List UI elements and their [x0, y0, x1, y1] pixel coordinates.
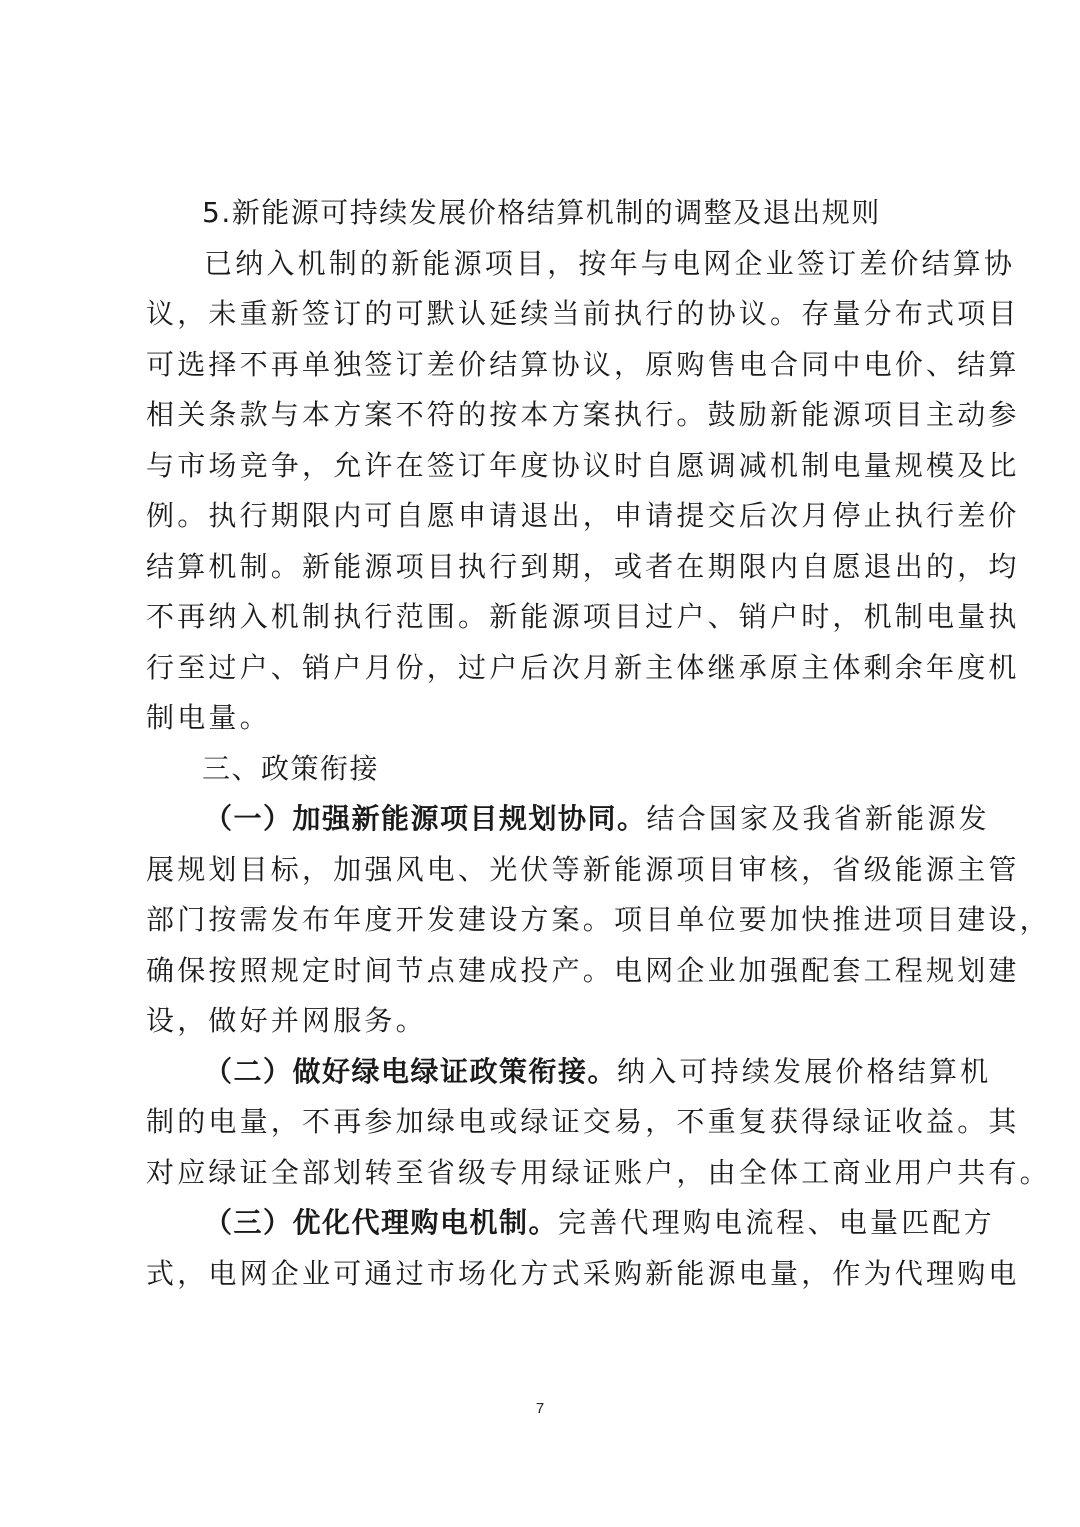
paragraph-line: 例。执行期限内可自愿申请退出，申请提交后次月停止执行差价	[146, 491, 946, 542]
paragraph-line: 可选择不再单独签订差价结算协议，原购售电合同中电价、结算	[146, 340, 946, 391]
paragraph-line: 确保按照规定时间节点建成投产。电网企业加强配套工程规划建	[146, 946, 946, 997]
paragraph-line: 不再纳入机制执行范围。新能源项目过户、销户时，机制电量执	[146, 592, 946, 643]
item-2-text: 纳入可持续发展价格结算机	[617, 1055, 991, 1088]
paragraph-line: 结算机制。新能源项目执行到期，或者在期限内自愿退出的，均	[146, 542, 946, 593]
item-1-first-line: （一）加强新能源项目规划协同。结合国家及我省新能源发	[146, 794, 946, 845]
paragraph-line: 已纳入机制的新能源项目，按年与电网企业签订差价结算协	[146, 239, 946, 290]
paragraph-line: 与市场竞争，允许在签订年度协议时自愿调减机制电量规模及比	[146, 441, 946, 492]
paragraph-line: 式，电网企业可通过市场化方式采购新能源电量，作为代理购电	[146, 1249, 946, 1300]
paragraph-line: 展规划目标，加强风电、光伏等新能源项目审核，省级能源主管	[146, 845, 946, 896]
paragraph-line: 制的电量，不再参加绿电或绿证交易，不重复获得绿证收益。其	[146, 1097, 946, 1148]
page-content: 5.新能源可持续发展价格结算机制的调整及退出规则 已纳入机制的新能源项目，按年与…	[146, 188, 946, 1299]
item-3-text: 完善代理购电流程、电量匹配方	[558, 1206, 995, 1239]
section-5-heading: 5.新能源可持续发展价格结算机制的调整及退出规则	[146, 188, 946, 239]
paragraph-line: 部门按需发布年度开发建设方案。项目单位要加快推进项目建设，	[146, 895, 946, 946]
item-3-title: （三）优化代理购电机制。	[204, 1206, 558, 1239]
section-3-heading: 三、政策衔接	[146, 744, 946, 795]
item-3-first-line: （三）优化代理购电机制。完善代理购电流程、电量匹配方	[146, 1198, 946, 1249]
paragraph-line: 相关条款与本方案不符的按本方案执行。鼓励新能源项目主动参	[146, 390, 946, 441]
page-number: 7	[0, 1400, 1080, 1417]
item-2-first-line: （二）做好绿电绿证政策衔接。纳入可持续发展价格结算机	[146, 1047, 946, 1098]
paragraph-line: 行至过户、销户月份，过户后次月新主体继承原主体剩余年度机	[146, 643, 946, 694]
item-1-text: 结合国家及我省新能源发	[647, 802, 990, 835]
paragraph-line: 设，做好并网服务。	[146, 996, 946, 1047]
paragraph-line: 制电量。	[146, 693, 946, 744]
item-1-title: （一）加强新能源项目规划协同。	[204, 802, 647, 835]
paragraph-line: 对应绿证全部划转至省级专用绿证账户，由全体工商业用户共有。	[146, 1148, 946, 1199]
item-2-title: （二）做好绿电绿证政策衔接。	[204, 1055, 617, 1088]
paragraph-line: 议，未重新签订的可默认延续当前执行的协议。存量分布式项目	[146, 289, 946, 340]
document-page: 5.新能源可持续发展价格结算机制的调整及退出规则 已纳入机制的新能源项目，按年与…	[0, 0, 1080, 1527]
